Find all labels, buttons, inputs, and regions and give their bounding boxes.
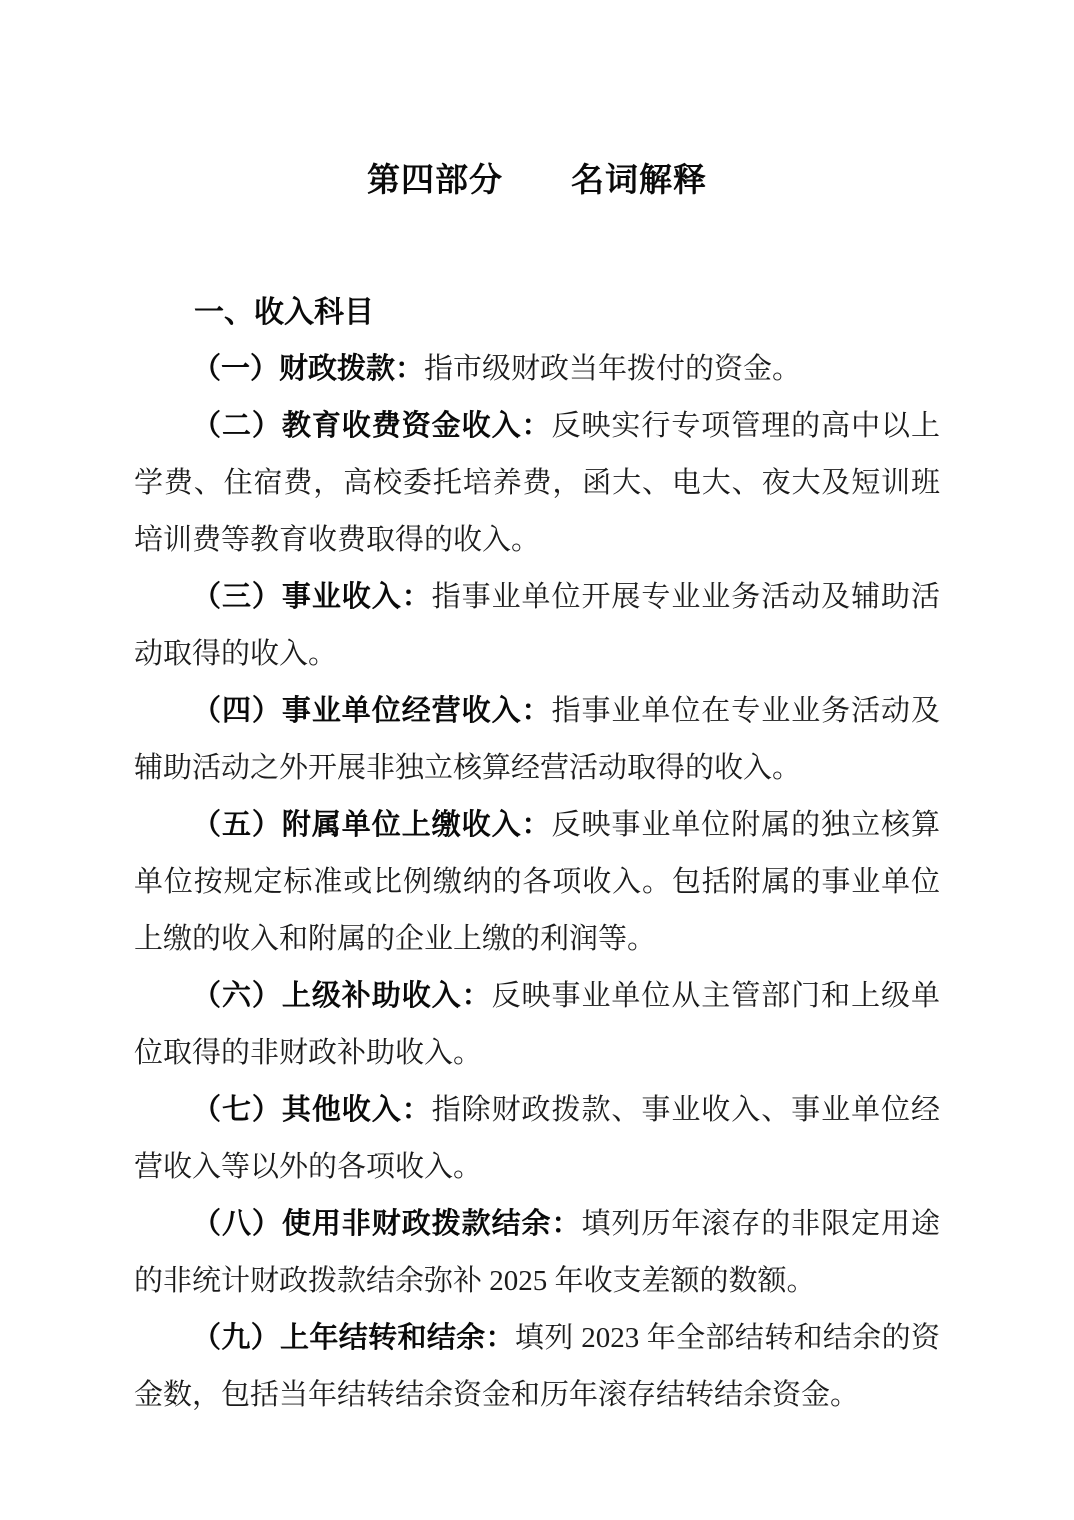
- term-label: （一）财政拨款：: [192, 353, 424, 385]
- document-page: 第四部分 名词解释 一、收入科目 （一）财政拨款：指市级财政当年拨付的资金。（二…: [0, 0, 1074, 1520]
- term-label: （五）附属单位上缴收入：: [192, 809, 552, 841]
- term-label: （三）事业收入：: [192, 581, 432, 613]
- definition-list: （一）财政拨款：指市级财政当年拨付的资金。（二）教育收费资金收入：反映实行专项管…: [134, 341, 940, 1424]
- term-label: （九）上年结转和结余：: [192, 1322, 515, 1354]
- definition-item: （三）事业收入：指事业单位开展专业业务活动及辅助活动取得的收入。: [134, 569, 940, 683]
- page-title: 第四部分 名词解释: [0, 158, 1074, 204]
- definition-text: 指市级财政当年拨付的资金。: [424, 353, 801, 385]
- definition-item: （八）使用非财政拨款结余：填列历年滚存的非限定用途的非统计财政拨款结余弥补 20…: [134, 1196, 940, 1310]
- term-label: （八）使用非财政拨款结余：: [192, 1208, 581, 1240]
- definition-item: （四）事业单位经营收入：指事业单位在专业业务活动及辅助活动之外开展非独立核算经营…: [134, 683, 940, 797]
- section-heading: 一、收入科目: [134, 284, 940, 341]
- definition-item: （一）财政拨款：指市级财政当年拨付的资金。: [134, 341, 940, 398]
- definition-item: （五）附属单位上缴收入：反映事业单位附属的独立核算单位按规定标准或比例缴纳的各项…: [134, 797, 940, 968]
- definition-item: （六）上级补助收入：反映事业单位从主管部门和上级单位取得的非财政补助收入。: [134, 968, 940, 1082]
- definition-item: （七）其他收入：指除财政拨款、事业收入、事业单位经营收入等以外的各项收入。: [134, 1082, 940, 1196]
- term-label: （七）其他收入：: [192, 1094, 432, 1126]
- definition-item: （九）上年结转和结余：填列 2023 年全部结转和结余的资金数，包括当年结转结余…: [134, 1310, 940, 1424]
- document-body: 一、收入科目 （一）财政拨款：指市级财政当年拨付的资金。（二）教育收费资金收入：…: [134, 284, 940, 1424]
- definition-item: （二）教育收费资金收入：反映实行专项管理的高中以上学费、住宿费，高校委托培养费，…: [134, 398, 940, 569]
- term-label: （六）上级补助收入：: [192, 980, 492, 1012]
- term-label: （二）教育收费资金收入：: [192, 410, 552, 442]
- term-label: （四）事业单位经营收入：: [192, 695, 552, 727]
